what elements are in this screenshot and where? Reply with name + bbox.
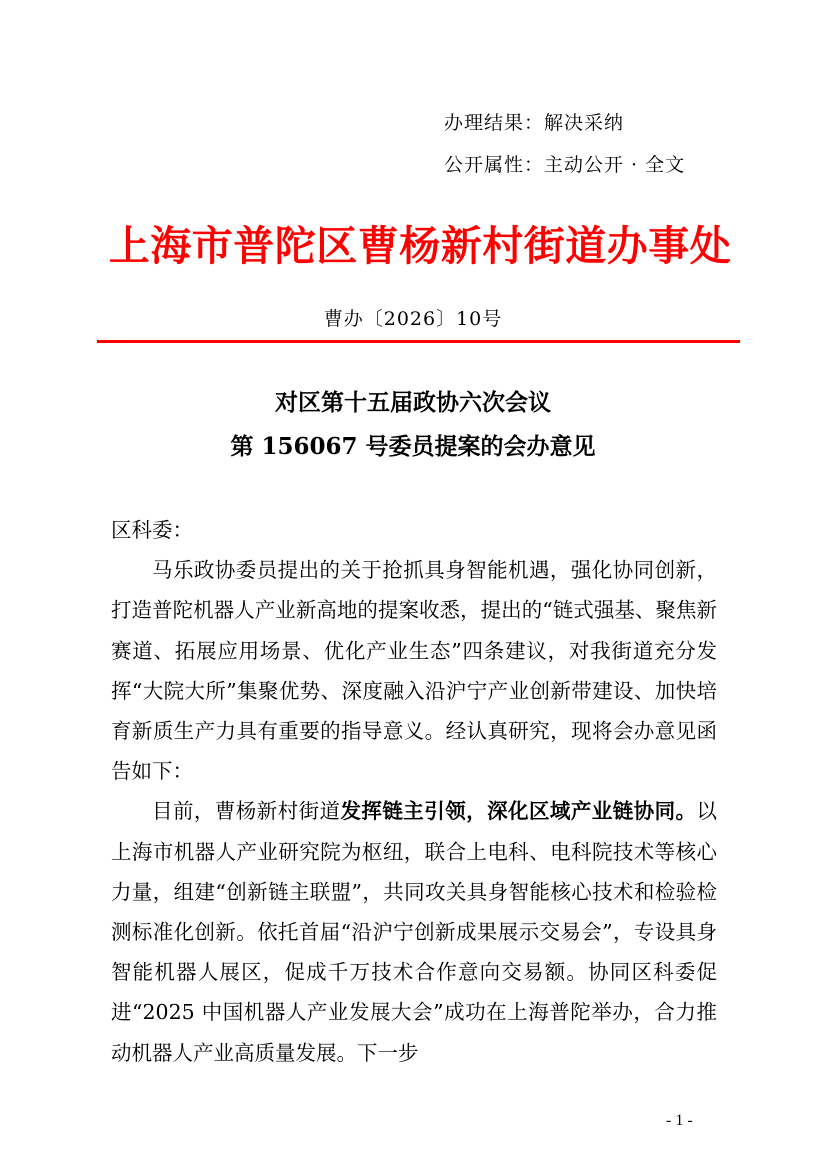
paragraph-2: 目前，曹杨新村街道发挥链主引领，深化区域产业链协同。以上海市机器人产业研究院为枢… <box>111 791 717 1072</box>
document-title-line-1: 对区第十五届政协六次会议 <box>0 389 826 417</box>
letterhead-divider <box>97 340 740 343</box>
document-body: 区科委： 马乐政协委员提出的关于抢抓具身智能机遇，强化协同创新，打造普陀机器人产… <box>111 510 717 1073</box>
handling-result-value: 解决采纳 <box>544 112 624 134</box>
disclosure-value: 主动公开 · 全文 <box>544 154 685 176</box>
paragraph-2-text: 以上海市机器人产业研究院为枢纽，联合上电科、电科院技术等核心力量，组建“创新链主… <box>111 799 717 1064</box>
disclosure-attribute: 公开属性：主动公开 · 全文 <box>444 154 685 176</box>
handling-result: 办理结果：解决采纳 <box>444 112 624 134</box>
paragraph-1: 马乐政协委员提出的关于抢抓具身智能机遇，强化协同创新，打造普陀机器人产业新高地的… <box>111 550 717 791</box>
salutation: 区科委： <box>111 510 717 550</box>
paragraph-2-lead: 目前，曹杨新村街道 <box>152 799 340 823</box>
handling-result-label: 办理结果： <box>444 112 544 134</box>
document-number: 曹办〔2026〕10号 <box>0 307 826 331</box>
document-title-line-2: 第 156067 号委员提案的会办意见 <box>0 433 826 461</box>
paragraph-2-heading: 发挥链主引领，深化区域产业链协同。 <box>340 799 696 823</box>
page-number: - 1 - <box>666 1112 693 1130</box>
disclosure-label: 公开属性： <box>444 154 544 176</box>
letterhead-organization: 上海市普陀区曹杨新村街道办事处 <box>100 222 740 270</box>
